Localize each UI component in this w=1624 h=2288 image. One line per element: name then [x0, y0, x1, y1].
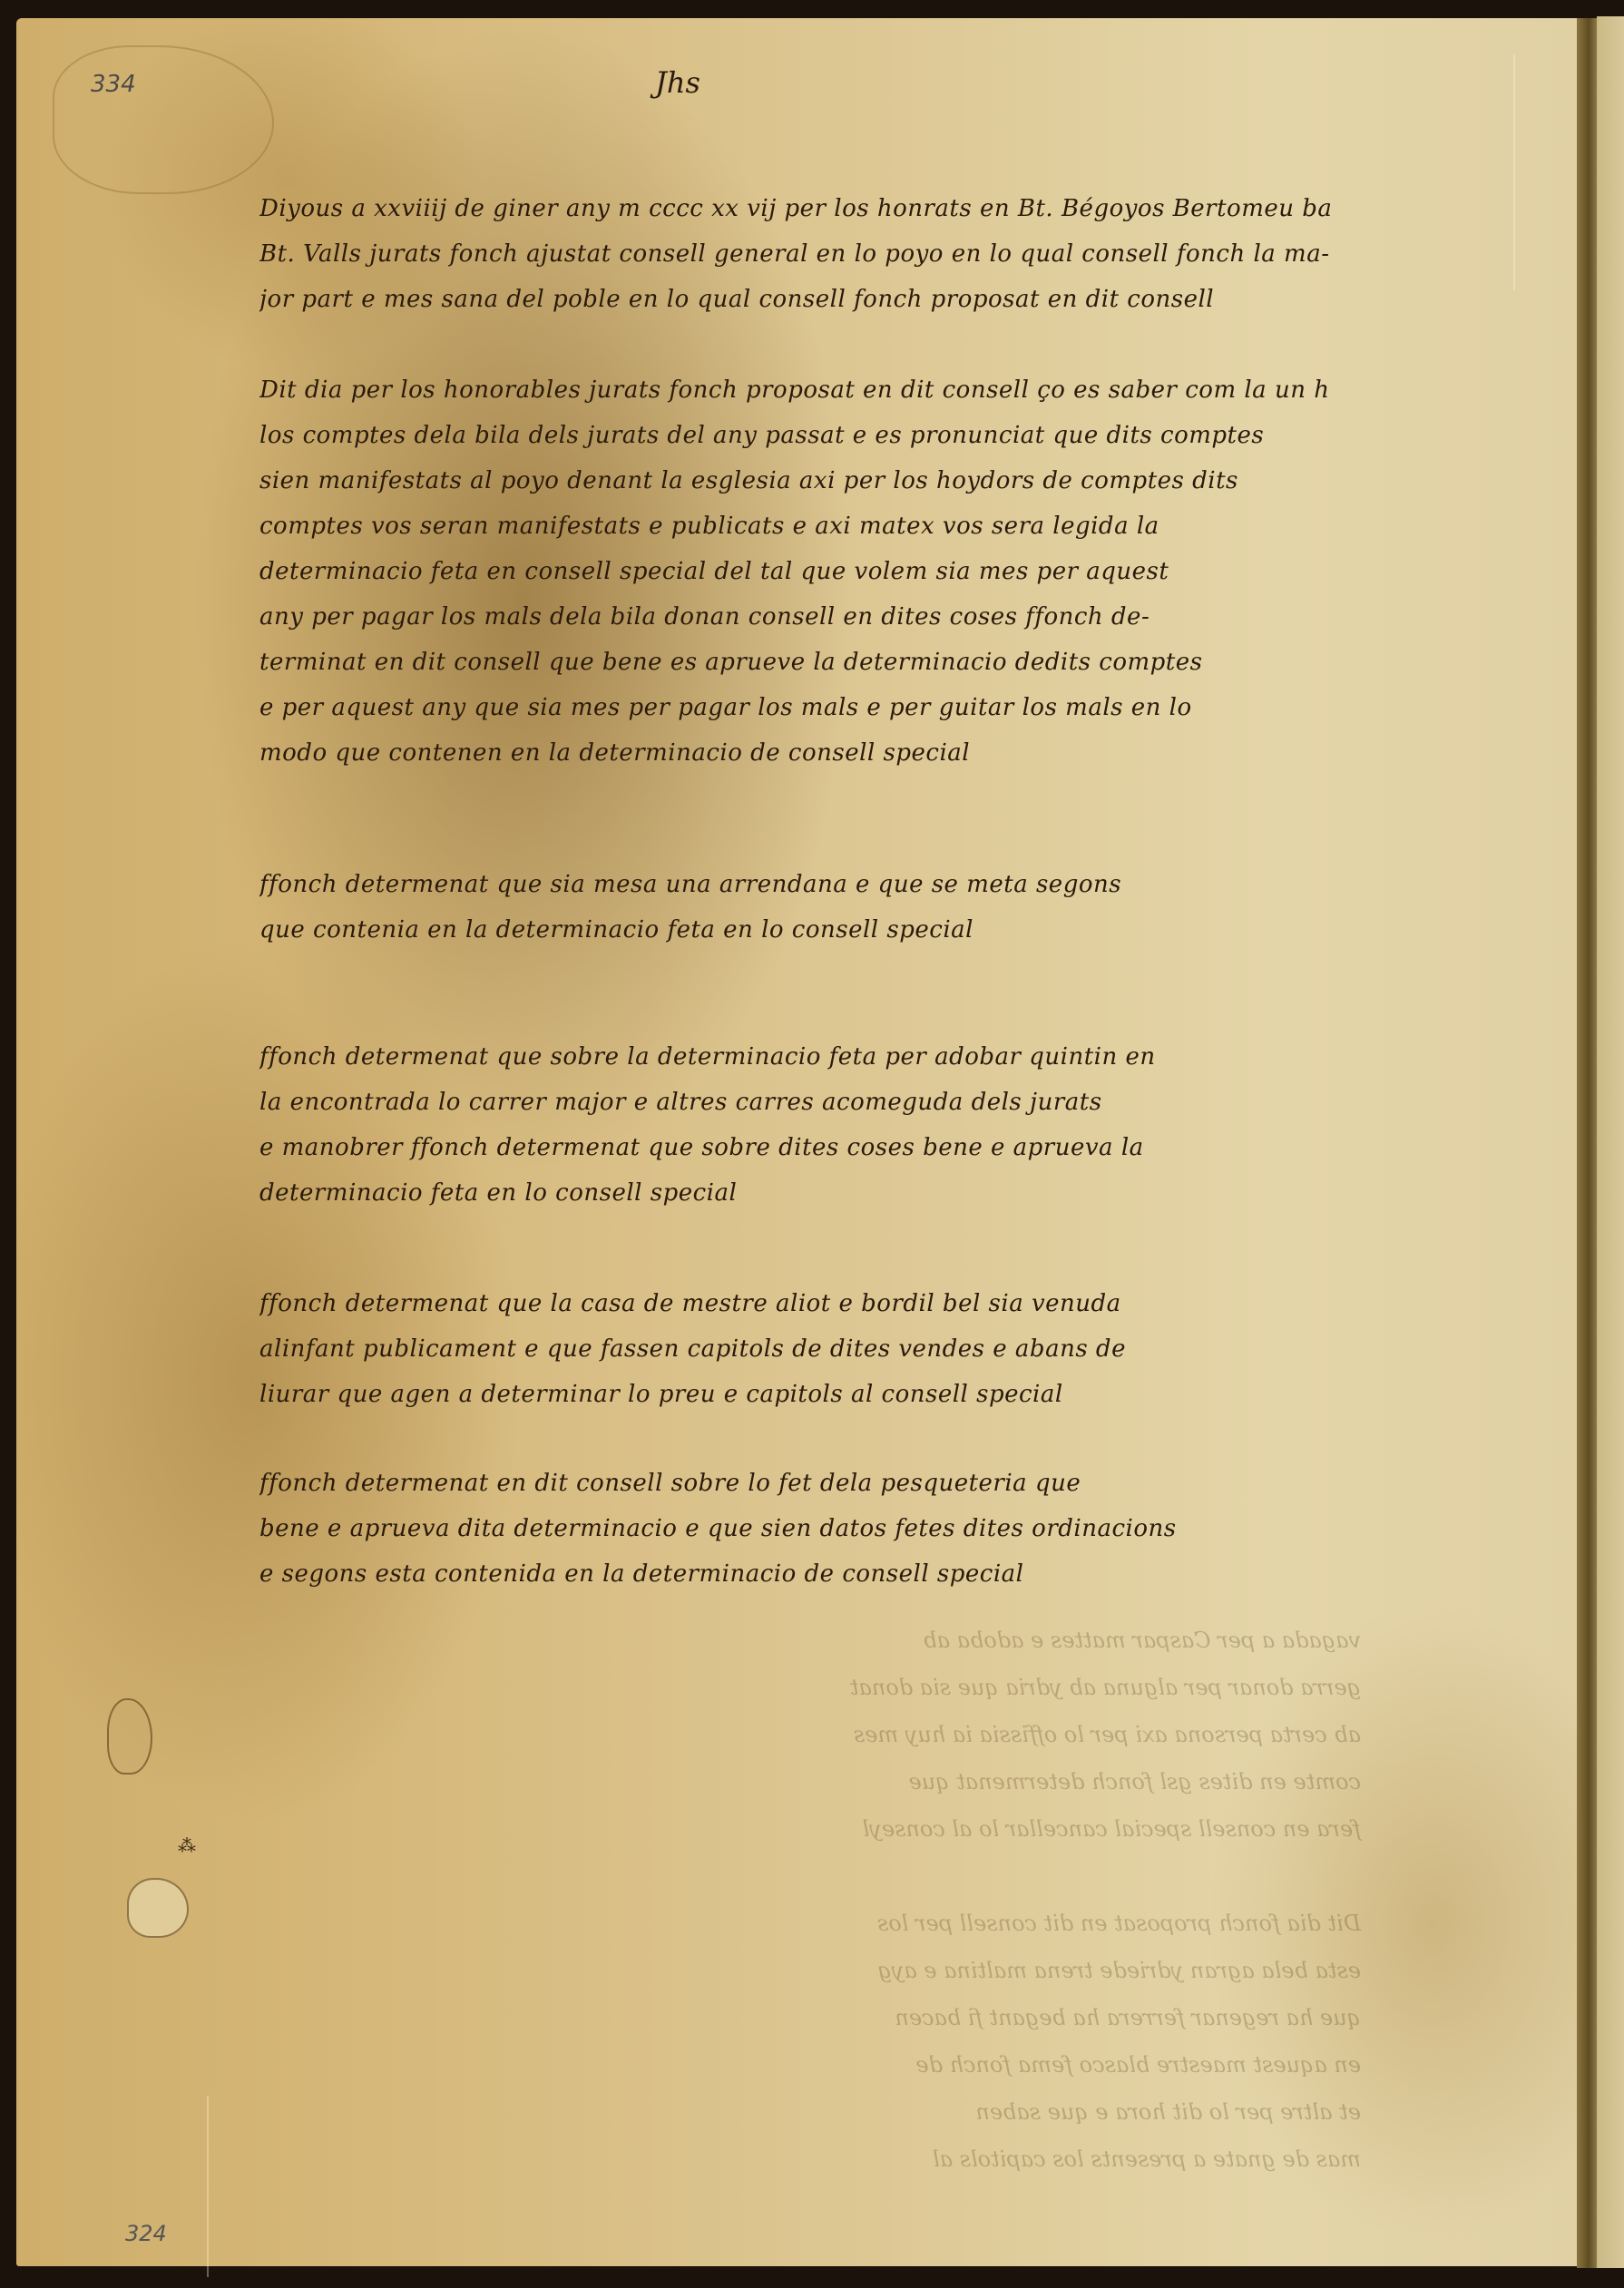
manuscript-line: que contenia en la determinacio feta en …	[259, 907, 1330, 953]
bleed-line: fera en consell special cancellar lo al …	[544, 1805, 1361, 1853]
bleed-line: comte en dites gsl fonch determenat que	[544, 1758, 1361, 1805]
manuscript-line: any per pagar los mals dela bila donan c…	[259, 594, 1330, 640]
manuscript-line: e per aquest any que sia mes per pagar l…	[259, 685, 1330, 730]
bleed-line: que ha regenar ferrera ha begant fi bace…	[544, 1994, 1361, 2041]
bleed-line: Dit dia fonch proposat en dit consell pe…	[544, 1900, 1361, 1947]
manuscript-line: ffonch determenat que sobre la determina…	[259, 1034, 1330, 1080]
manuscript-line: ffonch determenat en dit consell sobre l…	[259, 1461, 1330, 1506]
bleed-line	[544, 1853, 1361, 1900]
manuscript-line: Bt. Valls jurats fonch ajustat consell g…	[259, 231, 1330, 277]
manuscript-line: terminat en dit consell que bene es apru…	[259, 640, 1330, 685]
paragraph-2: Dit dia per los honorables jurats fonch …	[259, 367, 1330, 776]
manuscript-line: comptes vos seran manifestats e publicat…	[259, 504, 1330, 549]
bleed-line: vagada a per Caspar mattes e adoba ab	[544, 1617, 1361, 1664]
paragraph-3: ffonch determenat que sia mesa una arren…	[259, 862, 1330, 953]
folio-number-top: 334	[91, 71, 136, 98]
bleed-line: en aquest maestre blasco fema fonch de	[544, 2041, 1361, 2088]
manuscript-line: determinacio feta en consell special del…	[259, 549, 1330, 594]
manuscript-line: ffonch determenat que la casa de mestre …	[259, 1281, 1330, 1326]
manuscript-line: determinacio feta en lo consell special	[259, 1170, 1330, 1216]
bleed-line: gerra donar per alguna ab ydria que sia …	[544, 1664, 1361, 1711]
manuscript-line: ffonch determenat que sia mesa una arren…	[259, 862, 1330, 907]
bleed-line: ab certa persona axi per lo offissia ia …	[544, 1711, 1361, 1758]
bleed-through-text: vagada a per Caspar mattes e adoba ab ge…	[544, 1617, 1361, 2183]
binding-gutter	[1577, 18, 1597, 2268]
manuscript-line: e segons esta contenida en la determinac…	[259, 1551, 1330, 1597]
manuscript-line: liurar que agen a determinar lo preu e c…	[259, 1372, 1330, 1417]
manuscript-line: e manobrer ffonch determenat que sobre d…	[259, 1125, 1330, 1170]
manuscript-line: los comptes dela bila dels jurats del an…	[259, 413, 1330, 458]
paper-damage-hole	[127, 1878, 189, 1938]
water-stain-top-left	[53, 45, 274, 194]
bleed-line: mas de gnate a presents los capitols al	[544, 2136, 1361, 2183]
paper-crease	[207, 2096, 209, 2277]
paragraph-6: ffonch determenat en dit consell sobre l…	[259, 1461, 1330, 1597]
folio-number-bottom: 324	[125, 2221, 167, 2246]
ink-smudge: ⁂	[178, 1834, 196, 1856]
manuscript-line: Diyous a xxviiij de giner any m cccc xx …	[259, 186, 1330, 231]
manuscript-line: sien manifestats al poyo denant la esgle…	[259, 458, 1330, 504]
paper-crease-right	[1513, 54, 1515, 290]
paper-damage-hole	[107, 1698, 152, 1775]
facing-leaf-edge	[1597, 16, 1624, 2268]
manuscript-line: modo que contenen en la determinacio de …	[259, 730, 1330, 776]
paragraph-4: ffonch determenat que sobre la determina…	[259, 1034, 1330, 1216]
paragraph-1: Diyous a xxviiij de giner any m cccc xx …	[259, 186, 1330, 322]
paragraph-5: ffonch determenat que la casa de mestre …	[259, 1281, 1330, 1417]
manuscript-line: alinfant publicament e que fassen capito…	[259, 1326, 1330, 1372]
manuscript-line: jor part e mes sana del poble en lo qual…	[259, 277, 1330, 322]
manuscript-line: Dit dia per los honorables jurats fonch …	[259, 367, 1330, 413]
manuscript-line: bene e aprueva dita determinacio e que s…	[259, 1506, 1330, 1551]
manuscript-line: la encontrada lo carrer major e altres c…	[259, 1080, 1330, 1125]
bleed-line: esta bela agran ydriede trena maltina e …	[544, 1947, 1361, 1994]
invocation-mark: Jhs	[655, 65, 700, 100]
bleed-line: et altre per lo dit hora e que saben	[544, 2088, 1361, 2136]
